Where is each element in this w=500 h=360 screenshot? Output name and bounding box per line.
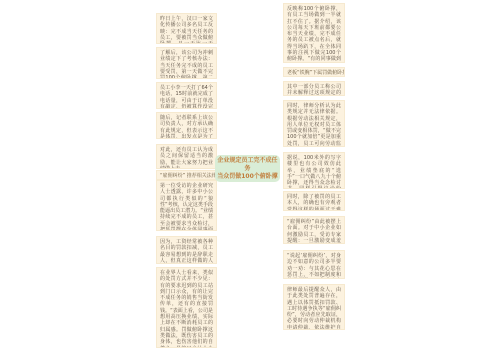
article-paragraph: 同时，除了被罚的员工本人，的确也有旁观者觉得这样的场面过于难堪。 [283, 191, 345, 211]
article-title-line1: 企业规定员工完不成任务 [215, 157, 280, 173]
related-topic-tag[interactable]: “雇佣纠纷” 推荐相关法律咨询 [156, 170, 217, 180]
article-paragraph: 其中一部分员工称公司并未解释过这项规定的用意。 [283, 81, 345, 96]
article-title[interactable]: 企业规定员工完不成任务 当众罚做100个俯卧撑 [215, 155, 280, 182]
article-paragraph: 员工小李一天打了64个电话，15时前就完成了电话量，可由于订单没有敲定，仍被算作… [156, 82, 217, 109]
article-paragraph: 对此，还有员工认为成员之间保留适当的激励，能让大家努力把业绩做上去。 [156, 144, 217, 169]
article-paragraph: 因为，工资经常被各种名目的罚款扣减，员工最容易想到的是辞职走人，但真正这样做的人… [156, 236, 217, 264]
article-paragraph: 反映称100个俯卧撑，有员工当场做到一半就扛不住了。据介绍，该公司每天下班前都要… [283, 3, 345, 63]
article-paragraph: 第一位受访的企业研究人士透露，许多中小公司都执行类似的“狼性”考核，认定这类手段… [156, 180, 217, 231]
article-paragraph: 律师最后提醒众人，由于此类处罚普遍存在，遇上以体罚抵扣罚款、工时待遇争执等“雇佣… [283, 284, 345, 330]
article-title-line2: 当众罚做100个俯卧撑 [217, 173, 278, 181]
article-paragraph: 随后，记者联系上该公司负责人，对方承认确有此规定，但表示这不是体罚，出发点是为了… [156, 112, 217, 139]
article-paragraph: 在业界人士看来，类似的处罚方式并不少见：有的要求迟到的员工站到门口示众，有的让完… [156, 267, 217, 348]
article-page: 昨日上午，汉口一家文化传播公司多名员工反映：完不成当天任务的员工，要被罚当众做俯… [0, 0, 500, 360]
article-paragraph: 同时，律师分析认为此类规定并无法律依据。根据劳动法相关规定，用人单位无权对员工体… [283, 100, 345, 147]
article-paragraph: “说起‘雇佣纠纷’，对身边不如意的公司多半要劝一劝：与其花心思在惩罚上，不如把制… [283, 250, 345, 279]
article-paragraph: 了解后，该公司为冲刺业绩定下了考核办法：当天任务完不成的员工要受罚，第一天做不完… [156, 47, 217, 79]
article-paragraph: 昨日上午，汉口一家文化传播公司多名员工反映：完不成当天任务的员工，要被罚当众做俯… [156, 13, 217, 44]
article-paragraph: 据说，100米外的写字楼里也有公司效仿此举，业绩垫底的“选手”一口气做八九十个俯… [283, 152, 345, 189]
article-paragraph: “雇佣纠纷”由此被摆上台面。对于中小企业如何激励员工，受访专家提醒：一旦激励变成… [283, 216, 345, 244]
article-subheading: 老板“铁腕”下属罚做俯卧撑 [283, 67, 345, 77]
